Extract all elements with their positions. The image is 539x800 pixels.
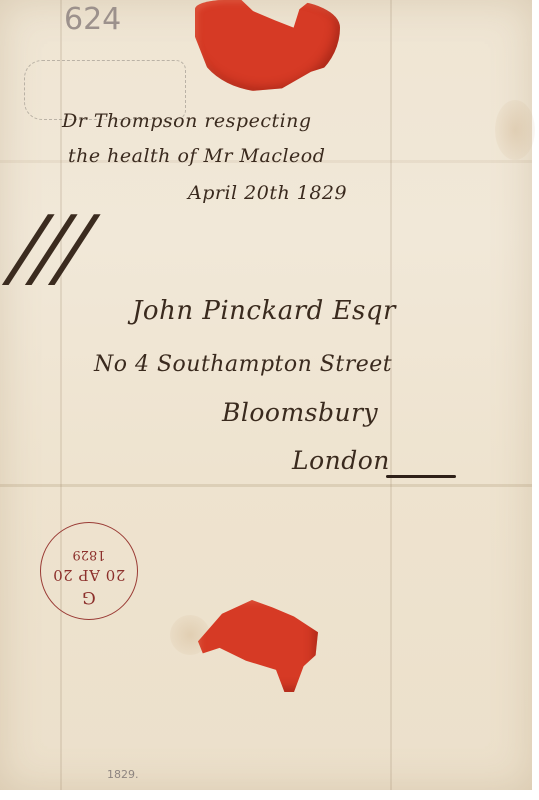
fold-line [390, 0, 392, 790]
address-district: Bloomsbury [222, 398, 378, 427]
postmark-year: 1829 [41, 548, 137, 561]
address-street: No 4 Southampton Street [94, 352, 392, 377]
fold-line [0, 484, 532, 487]
address-name: John Pinckard Esqr [132, 296, 396, 326]
postmark: G 20 AP 20 1829 [40, 522, 138, 620]
postage-rate-mark: /// [7, 198, 90, 298]
faint-stamp-text [31, 83, 37, 102]
paper-stain [495, 100, 535, 160]
city-underline [386, 475, 456, 478]
pencil-year: 1829. [107, 768, 139, 781]
docket-line-2: the health of Mr Macleod [68, 145, 325, 167]
address-city: London [292, 446, 390, 475]
postmark-letter: G [41, 588, 137, 605]
docket-line-1: Dr Thompson respecting [62, 110, 312, 132]
postmark-date: 20 AP 20 [41, 567, 137, 582]
pencil-number: 624 [64, 2, 121, 37]
docket-line-3: April 20th 1829 [188, 182, 347, 204]
